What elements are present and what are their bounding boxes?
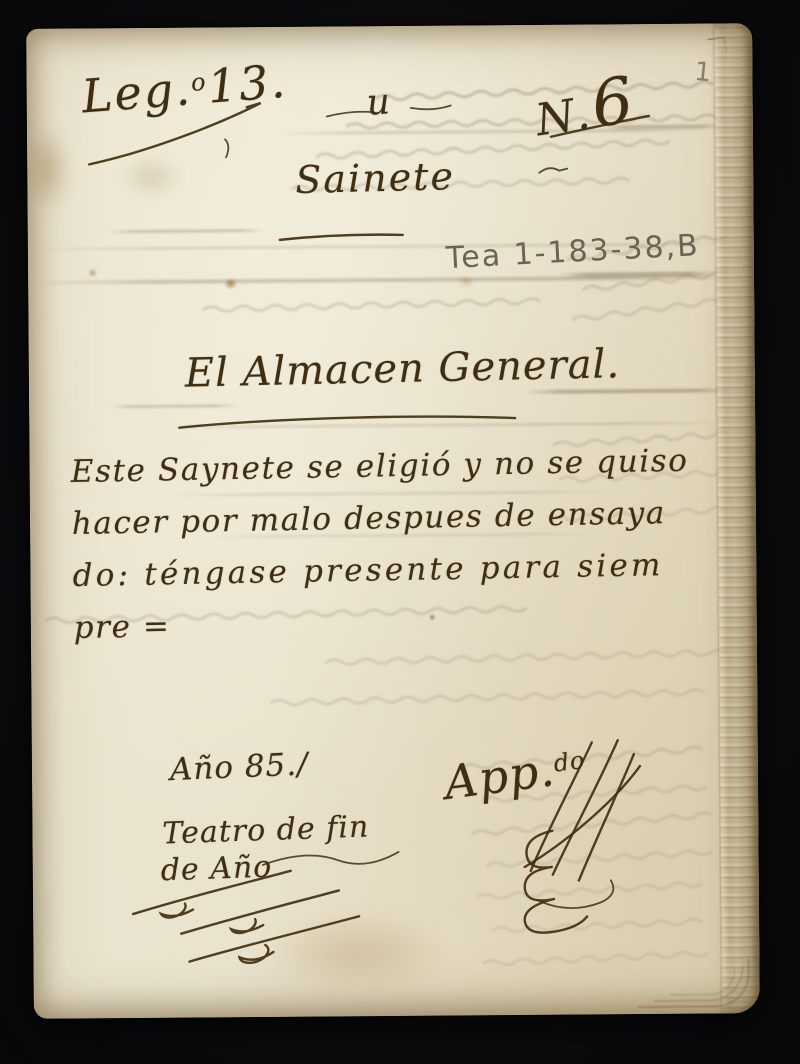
season-note-line1: Teatro de fin	[162, 809, 370, 851]
top-mark-stroke	[327, 112, 373, 117]
approval-sup: do	[552, 746, 587, 778]
photo-background: Leg.o13. u N.6 1 Sainete Tea 1-183-38,B …	[0, 0, 800, 1064]
play-title: El Almacen General.	[184, 341, 620, 396]
title-underline	[179, 416, 515, 428]
legajo-prefix: Leg.	[80, 61, 194, 123]
year-note: Año 85./	[169, 746, 309, 788]
rubric-tail	[263, 852, 399, 865]
rubric-loop	[231, 919, 263, 933]
manuscript-page: Leg.o13. u N.6 1 Sainete Tea 1-183-38,B …	[26, 23, 760, 1019]
dash-mark	[539, 168, 567, 173]
season-note-line2: de Año	[160, 850, 273, 889]
numero-prefix: N.	[533, 87, 598, 146]
top-mark-stroke	[411, 106, 451, 110]
legajo-comma	[225, 139, 228, 157]
approval-rubric	[539, 880, 614, 908]
legajo-digits: 13.	[206, 54, 289, 114]
rubric-loop	[161, 904, 193, 918]
genre-title: Sainete	[295, 154, 456, 202]
folio-pencil-number: 1	[693, 57, 712, 88]
genre-underline	[280, 234, 403, 239]
top-mark: u	[366, 81, 392, 123]
stacked-page-edges	[714, 23, 760, 1013]
censor-note: Este Saynete se eligió y no se quiso hac…	[70, 434, 744, 654]
numero: N.6	[530, 64, 638, 152]
rubric-loop	[239, 945, 273, 963]
